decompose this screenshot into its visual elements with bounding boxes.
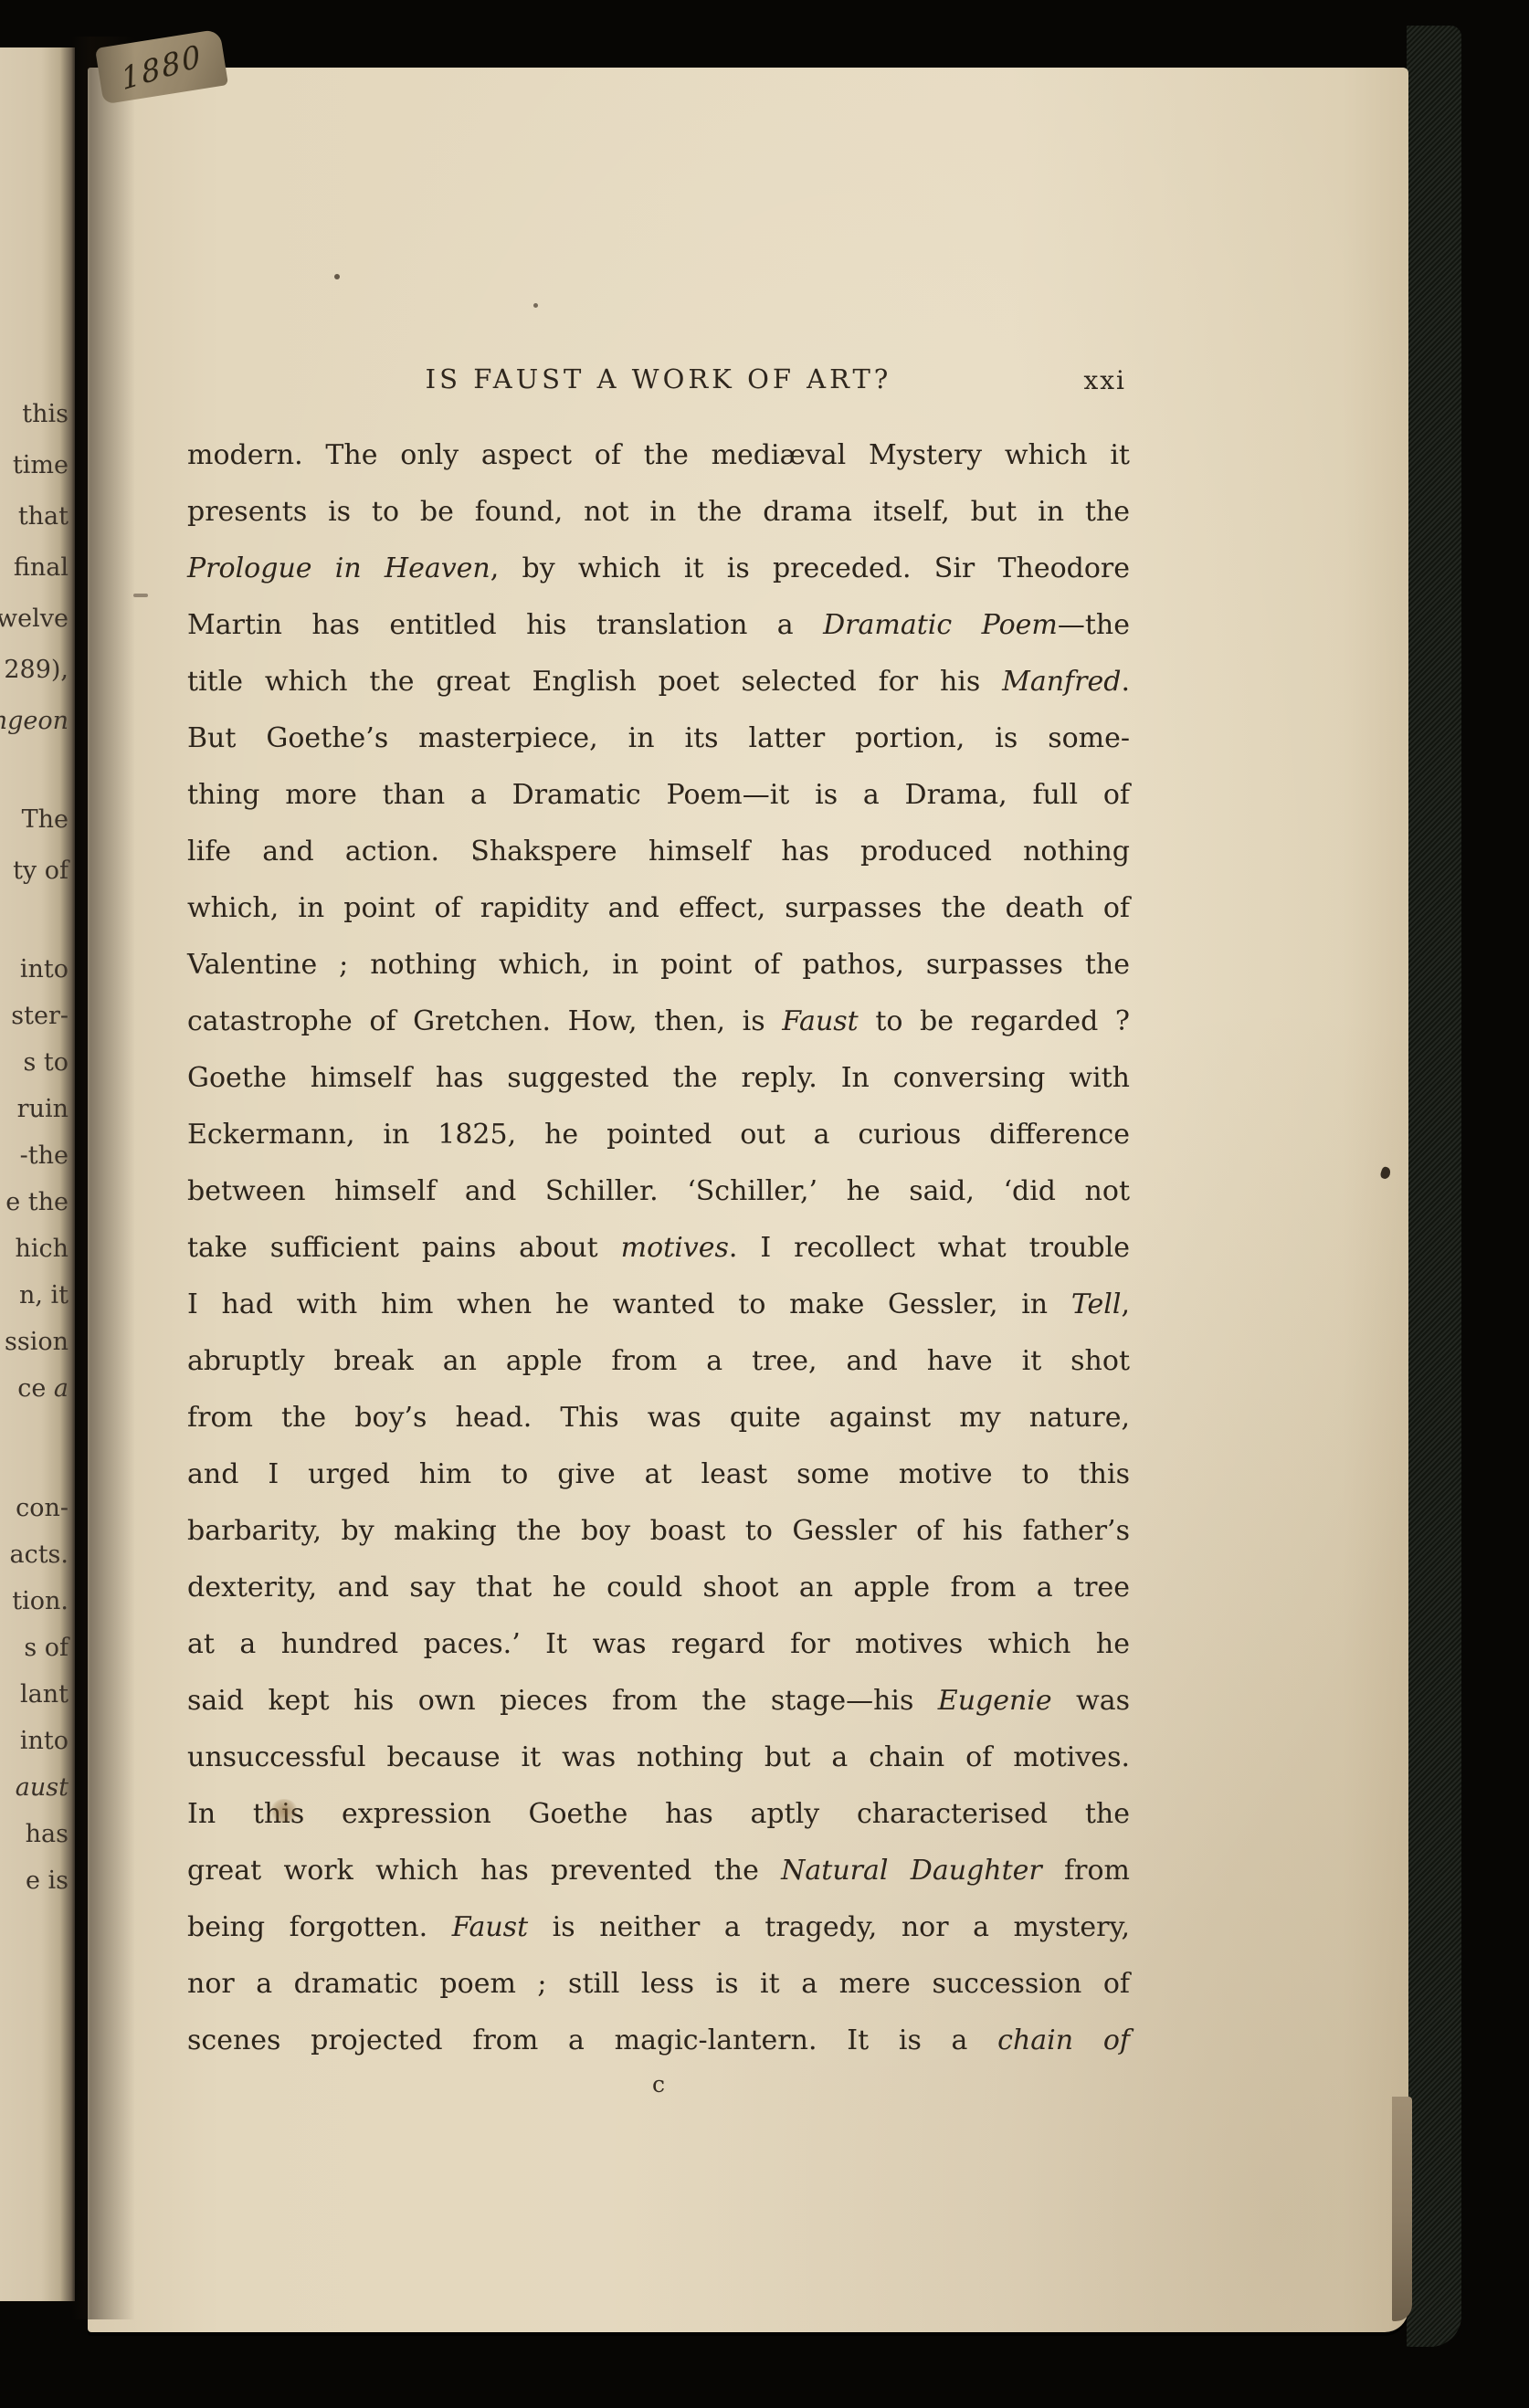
book-photograph: thistimethatfinalwelve289),ngeonThety of…: [0, 0, 1529, 2408]
margin-fragment: hich: [15, 1236, 69, 1261]
text-line: Eckermann, in 1825, he pointed out a cur…: [187, 1107, 1130, 1163]
text-line: But Goethe’s masterpiece, in its latter …: [187, 710, 1130, 767]
text-line: being forgotten. Faust is neither a trag…: [187, 1899, 1130, 1956]
text-line: abruptly break an apple from a tree, and…: [187, 1333, 1130, 1390]
text-line: from the boy’s head. This was quite agai…: [187, 1390, 1130, 1446]
margin-fragment: welve: [0, 606, 69, 631]
facing-page-edge: thistimethatfinalwelve289),ngeonThety of…: [0, 47, 75, 2301]
text-line: and I urged him to give at least some mo…: [187, 1446, 1130, 1503]
text-line: between himself and Schiller. ‘Schiller,…: [187, 1163, 1130, 1220]
text-line: barbarity, by making the boy boast to Ge…: [187, 1503, 1130, 1560]
margin-fragment: this: [22, 402, 69, 426]
margin-fragment: s to: [23, 1050, 69, 1075]
margin-fragment: aust: [16, 1775, 69, 1800]
text-line: Martin has entitled his translation a Dr…: [187, 597, 1130, 654]
margin-fragment: final: [14, 555, 69, 580]
margin-fragment: ster-: [11, 1004, 69, 1028]
body-text: modern. The only aspect of the mediæval …: [187, 427, 1130, 2069]
cover-cloth-edge: [1407, 26, 1461, 2347]
margin-fragment: acts.: [9, 1542, 69, 1567]
margin-fragment: 289),: [4, 657, 69, 682]
margin-fragment: s of: [24, 1635, 69, 1660]
ink-speck: [334, 274, 340, 279]
text-line: Goethe himself has suggested the reply. …: [187, 1050, 1130, 1107]
text-line: dexterity, and say that he could shoot a…: [187, 1560, 1130, 1616]
margin-fragment: into: [20, 957, 69, 982]
margin-fragment: -the: [20, 1143, 69, 1168]
margin-fragment: ngeon: [0, 709, 69, 733]
margin-fragment: ssion: [5, 1330, 69, 1354]
margin-fragment: into: [20, 1729, 69, 1753]
text-line: presents is to be found, not in the dram…: [187, 484, 1130, 541]
text-line: I had with him when he wanted to make Ge…: [187, 1277, 1130, 1333]
text-line: nor a dramatic poem ; still less is it a…: [187, 1956, 1130, 2013]
margin-fragment: lant: [20, 1682, 69, 1707]
margin-fragment: The: [22, 807, 69, 832]
margin-fragment: ce a: [17, 1376, 69, 1401]
text-line: Valentine ; nothing which, in point of p…: [187, 937, 1130, 994]
page-number: xxi: [1083, 365, 1126, 395]
text-line: title which the great English poet selec…: [187, 654, 1130, 710]
foxing-stain: [270, 1799, 298, 1823]
text-line: at a hundred paces.’ It was regard for m…: [187, 1616, 1130, 1673]
margin-fragment: that: [18, 504, 69, 529]
margin-fragment: e the: [5, 1190, 69, 1215]
text-line: Prologue in Heaven, by which it is prece…: [187, 541, 1130, 597]
margin-fragment: e is: [26, 1868, 69, 1893]
text-line: unsuccessful because it was nothing but …: [187, 1730, 1130, 1786]
text-line: which, in point of rapidity and effect, …: [187, 880, 1130, 937]
gutter-shadow: [71, 37, 135, 2319]
text-line: great work which has prevented the Natur…: [187, 1843, 1130, 1899]
text-line: modern. The only aspect of the mediæval …: [187, 427, 1130, 484]
text-line: life and action. Shakspere himself has p…: [187, 824, 1130, 880]
text-line: In this expression Goethe has aptly char…: [187, 1786, 1130, 1843]
margin-fragment: time: [13, 453, 69, 478]
text-line: scenes projected from a magic-lantern. I…: [187, 2013, 1130, 2069]
running-title: IS FAUST A WORK OF ART?: [187, 363, 1130, 394]
page-edge-stack: [1392, 2097, 1412, 2321]
text-line: thing more than a Dramatic Poem—it is a …: [187, 767, 1130, 824]
page-header: IS FAUST A WORK OF ART? xxi: [187, 363, 1130, 404]
margin-fragment: ruin: [17, 1097, 69, 1121]
margin-fragment: n, it: [19, 1283, 69, 1308]
margin-fragment: tion.: [12, 1589, 69, 1614]
margin-fragment: has: [26, 1822, 69, 1846]
text-line: catastrophe of Gretchen. How, then, is F…: [187, 994, 1130, 1050]
text-line: said kept his own pieces from the stage—…: [187, 1673, 1130, 1730]
margin-fragment: ty of: [13, 858, 69, 883]
pencil-dash: [133, 594, 148, 597]
ink-speck: [533, 303, 538, 308]
margin-fragment: con-: [16, 1496, 69, 1520]
ink-speck: [475, 857, 480, 861]
text-line: take sufficient pains about motives. I r…: [187, 1220, 1130, 1277]
signature-mark: c: [187, 2071, 1130, 2098]
